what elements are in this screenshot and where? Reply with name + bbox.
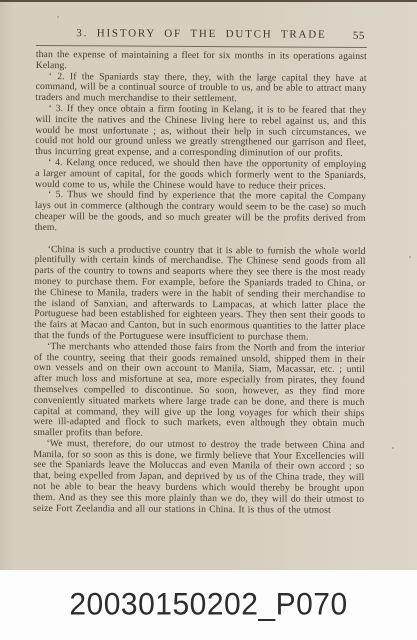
- paragraph: ‘ 2. If the Spaniards stay there, they, …: [36, 72, 367, 106]
- paragraph: ‘ 5. Thus we should find by experience t…: [35, 190, 366, 235]
- footer-strip: 20030150202_P070: [0, 570, 417, 640]
- paragraph: ‘ 3. If they once obtain a firm footing …: [35, 104, 366, 160]
- paragraph: than the expense of maintaining a fleet …: [36, 50, 367, 74]
- paper-speck: [409, 256, 411, 258]
- running-title: 3. HISTORY OF THE DUTCH TRADE: [36, 27, 367, 41]
- page-number: 55: [353, 30, 365, 42]
- scanned-book-page: 3. HISTORY OF THE DUTCH TRADE 55 than th…: [0, 0, 417, 640]
- paper-speck: [57, 16, 59, 18]
- paragraph: ‘The merchants who attended those fairs …: [33, 342, 365, 441]
- page-paragraphs: than the expense of maintaining a fleet …: [33, 50, 367, 516]
- page-body: 3. HISTORY OF THE DUTCH TRADE 55 than th…: [33, 27, 367, 516]
- paper-speck: [392, 447, 394, 449]
- header-rule: [36, 45, 367, 48]
- scan-id-label: 20030150202_P070: [69, 587, 347, 623]
- paragraph: ‘China is such a productive country that…: [34, 245, 366, 344]
- paragraph: ‘We must, therefore, do our utmost to de…: [33, 439, 364, 517]
- scan-top-edge: [0, 0, 417, 2]
- paragraph: ‘ 4. Kelang once reduced, we should then…: [35, 158, 366, 192]
- running-head: 3. HISTORY OF THE DUTCH TRADE 55: [36, 27, 367, 44]
